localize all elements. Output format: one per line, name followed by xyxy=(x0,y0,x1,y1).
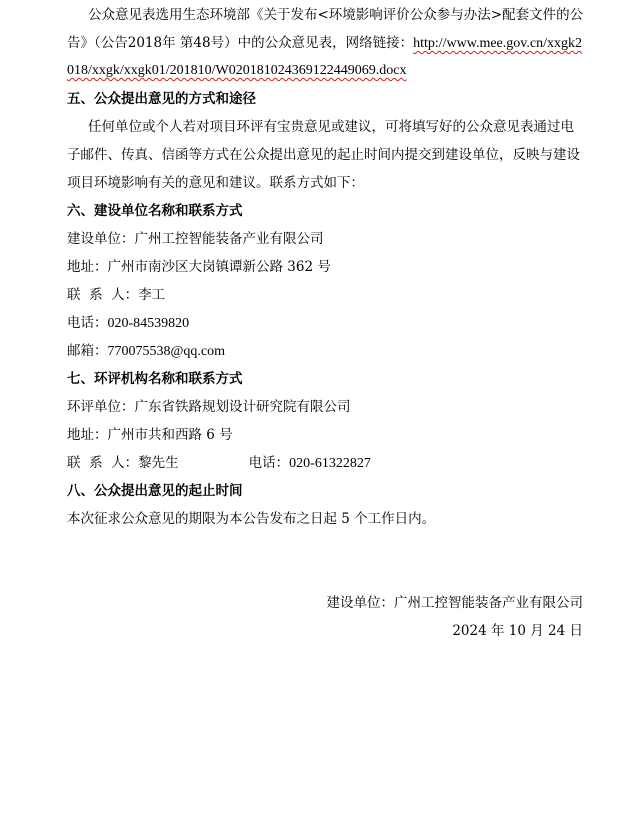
value: 黎先生 xyxy=(138,455,179,471)
value: 李工 xyxy=(138,287,165,303)
section5-para-line-2: 子邮件、传真、信函等方式在公众提出意见的起止时间内提交到建设单位，反映与建设 xyxy=(67,146,580,164)
value: 020-84539820 xyxy=(108,316,190,331)
section8-text: 本次征求公众意见的期限为本公告发布之日起 5 个工作日内。 xyxy=(67,510,435,528)
label: 地址： xyxy=(67,427,108,443)
value: 广州市南沙区大岗镇谭新公路 362 号 xyxy=(108,259,331,275)
label: 联 系 人： xyxy=(67,287,138,303)
section7-address: 地址：广州市共和西路 6 号 xyxy=(67,426,233,444)
label: 地址： xyxy=(67,259,108,275)
section6-phone: 电话：020-84539820 xyxy=(67,314,189,333)
section8-heading: 八、公众提出意见的起止时间 xyxy=(67,482,243,500)
section6-unit: 建设单位：广州工控智能装备产业有限公司 xyxy=(67,230,324,248)
label: 邮箱： xyxy=(67,343,108,359)
section5-para-line-3: 项目环境影响有关的意见和建议。联系方式如下： xyxy=(67,174,364,192)
label: 联 系 人： xyxy=(67,455,138,471)
label: 建设单位： xyxy=(67,231,135,247)
signature-date: 2024 年 10 月 24 日 xyxy=(452,622,583,640)
link-url-part1[interactable]: http://www.mee.gov.cn/xxgk2 xyxy=(413,36,582,51)
section7-heading: 七、环评机构名称和联系方式 xyxy=(67,370,243,388)
section6-contact: 联 系 人：李工 xyxy=(67,286,165,304)
label: 电话： xyxy=(67,315,108,331)
value: 770075538@qq.com xyxy=(108,344,226,359)
section6-email: 邮箱：770075538@qq.com xyxy=(67,342,225,361)
intro-line-2-text: 告》（公告2018年 第48号）中的公众意见表，网络链接： xyxy=(67,35,413,51)
value: 广州工控智能装备产业有限公司 xyxy=(135,231,324,247)
value: 020-61322827 xyxy=(289,456,371,471)
signature-unit: 建设单位：广州工控智能装备产业有限公司 xyxy=(327,594,584,612)
intro-line-1: 公众意见表选用生态环境部《关于发布<环境影响评价公众参与办法>配套文件的公 xyxy=(88,6,583,24)
value: 广州市共和西路 6 号 xyxy=(108,427,233,443)
section5-para-line-1: 任何单位或个人若对项目环评有宝贵意见或建议，可将填写好的公众意见表通过电 xyxy=(88,118,574,136)
section5-heading: 五、公众提出意见的方式和途径 xyxy=(67,90,256,108)
section6-heading: 六、建设单位名称和联系方式 xyxy=(67,202,243,220)
link-url-part2[interactable]: 018/xxgk/xxgk01/201810/W0201810243691224… xyxy=(67,62,407,80)
section6-address: 地址：广州市南沙区大岗镇谭新公路 362 号 xyxy=(67,258,331,276)
label: 电话： xyxy=(249,455,290,471)
section7-contact: 联 系 人：黎先生电话：020-61322827 xyxy=(67,454,371,473)
section7-unit: 环评单位：广东省铁路规划设计研究院有限公司 xyxy=(67,398,351,416)
label: 环评单位： xyxy=(67,399,135,415)
value: 广东省铁路规划设计研究院有限公司 xyxy=(135,399,351,415)
intro-line-2: 告》（公告2018年 第48号）中的公众意见表，网络链接：http://www.… xyxy=(67,34,582,53)
